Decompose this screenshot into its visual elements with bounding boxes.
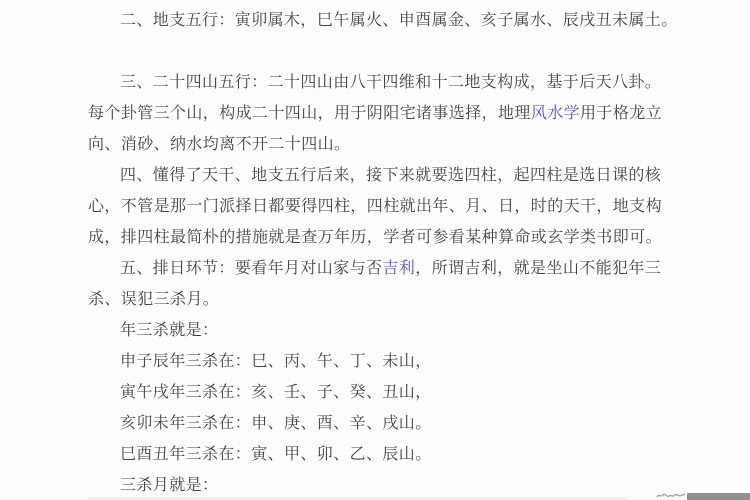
line-year-sansha-intro: 年三杀就是： — [88, 315, 664, 346]
line-month-sansha-intro: 三杀月就是： — [88, 470, 664, 500]
fengshui-link[interactable]: 风水学 — [531, 105, 580, 122]
line-haimaowei-sansha: 亥卯未年三杀在：申、庚、酉、辛、戌山。 — [88, 408, 664, 439]
paragraph-sizhu: 四、懂得了天干、地支五行后来，接下来就要选四柱，起四柱是选日课的核心，不管是那一… — [88, 160, 664, 253]
jili-link[interactable]: 吉利 — [382, 260, 415, 277]
line-yinwuxu-sansha: 寅午戌年三杀在：亥、壬、子、癸、丑山， — [88, 377, 664, 408]
paragraph-dizhi-wuxing: 二、地支五行：寅卯属木，巳午属火、申酉属金、亥子属水、辰戌丑未属土。 — [88, 5, 664, 36]
horizontal-scrollbar-fragment[interactable] — [687, 493, 750, 500]
document-body: 二、地支五行：寅卯属木，巳午属火、申酉属金、亥子属水、辰戌丑未属土。 三、二十四… — [88, 5, 664, 500]
paragraph-pairi: 五、排日环节：要看年月对山家与否吉利，所谓吉利，就是坐山不能犯年三杀、误犯三杀月… — [88, 253, 664, 315]
paragraph-ershisi-shan: 三、二十四山五行：二十四山由八干四维和十二地支构成，基于后天八卦。每个卦管三个山… — [88, 67, 664, 160]
line-shenzichen-sansha: 申子辰年三杀在：巳、丙、午、丁、未山， — [88, 346, 664, 377]
line-siyouchou-sansha: 巳酉丑年三杀在：寅、甲、卯、乙、辰山。 — [88, 439, 664, 470]
paragraph-pairi-pre: 五、排日环节：要看年月对山家与否 — [120, 260, 382, 277]
watermark-squiggle-icon — [656, 490, 686, 500]
